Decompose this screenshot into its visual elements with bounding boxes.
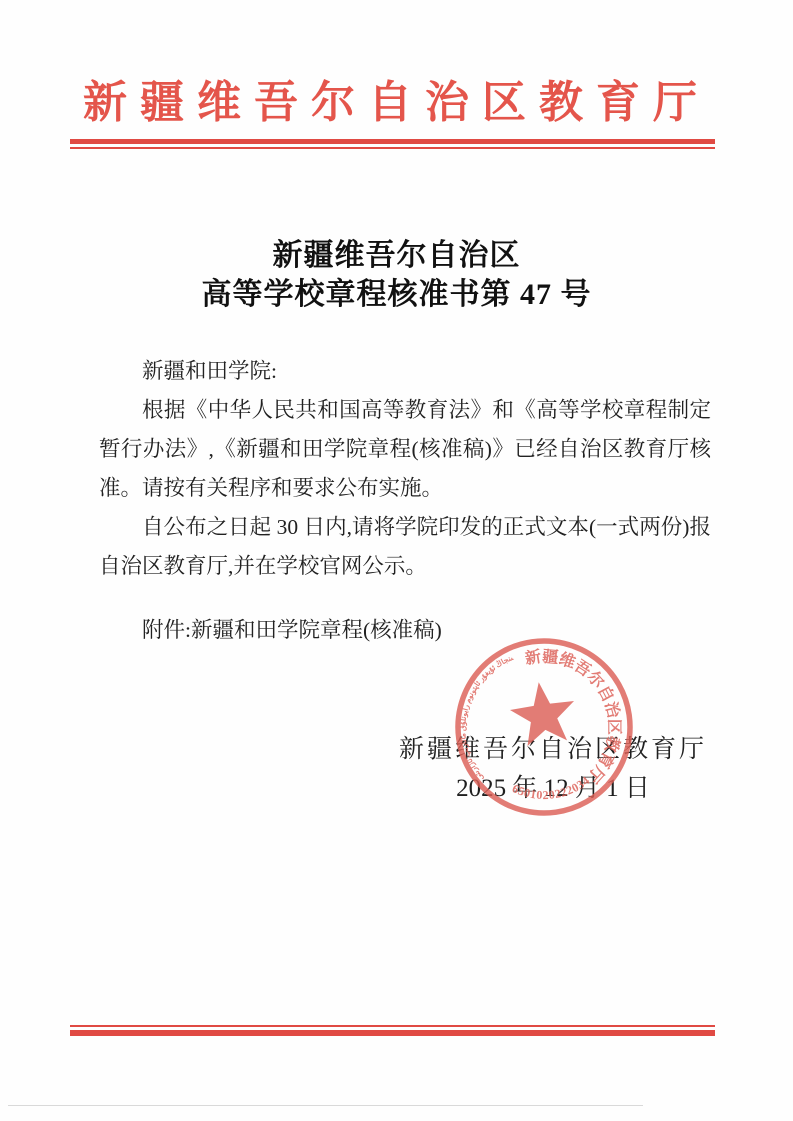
document-title-line2: 高等学校章程核准书第 47 号	[0, 275, 793, 314]
scan-edge-line	[8, 1105, 643, 1106]
document-title: 新疆维吾尔自治区 高等学校章程核准书第 47 号	[0, 236, 793, 314]
letterhead-title: 新疆维吾尔自治区教育厅	[0, 66, 793, 130]
header-rule-thin	[70, 147, 715, 149]
header-rule-thick	[70, 139, 715, 144]
footer-rule-thick	[70, 1030, 715, 1036]
salutation: 新疆和田学院:	[99, 352, 711, 391]
paragraph-1: 根据《中华人民共和国高等教育法》和《高等学校章程制定暂行办法》,《新疆和田学院章…	[99, 391, 711, 508]
star-icon	[507, 678, 580, 748]
document-page: 新疆维吾尔自治区教育厅 新疆维吾尔自治区 高等学校章程核准书第 47 号 新疆和…	[0, 0, 793, 1121]
paragraph-2: 自公布之日起 30 日内,请将学院印发的正式文本(一式两份)报自治区教育厅,并在…	[99, 508, 711, 586]
footer-rule-thin	[70, 1025, 715, 1027]
document-body: 新疆和田学院: 根据《中华人民共和国高等教育法》和《高等学校章程制定暂行办法》,…	[99, 352, 711, 650]
document-title-line1: 新疆维吾尔自治区	[0, 236, 793, 275]
official-seal: 新疆维吾尔自治区教育厅 شىنجاڭ ئۇيغۇر ئاپتونوم رايون…	[424, 607, 664, 847]
seal-uyghur-text: شىنجاڭ ئۇيغۇر ئاپتونوم رايونلۇق مائارىپ …	[424, 607, 531, 790]
